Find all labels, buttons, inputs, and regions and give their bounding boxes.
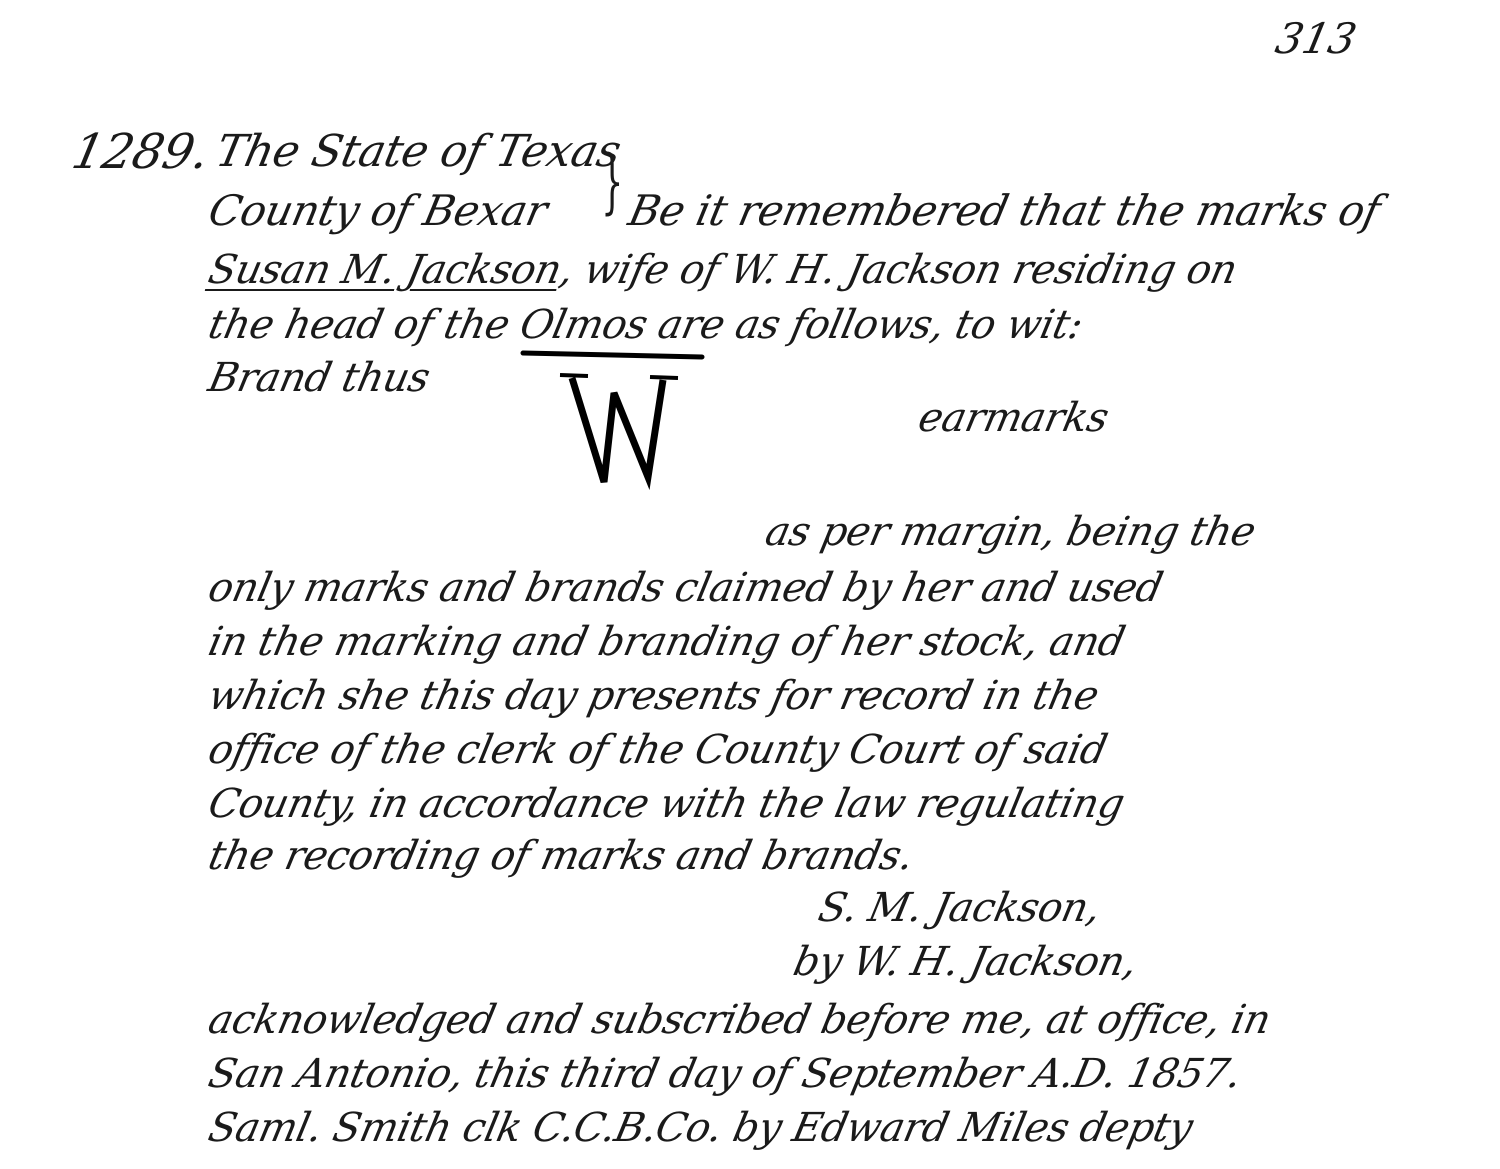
earmarks-label: earmarks — [915, 398, 1112, 438]
body-continued-1: as per margin, being the — [762, 512, 1259, 552]
acknowledgment-line-1: acknowledged and subscribed before me, a… — [205, 1000, 1274, 1040]
signature-line-2: by W. H. Jackson, — [790, 942, 1140, 982]
document-page: 313 1289. The State of Texas } County of… — [0, 0, 1500, 1169]
body-continued-3: in the marking and branding of her stock… — [205, 622, 1128, 662]
body-line-2: the head of the Olmos are as follows, to… — [205, 305, 1086, 345]
acknowledgment-line-2: San Antonio, this third day of September… — [205, 1054, 1245, 1094]
body-continued-7: the recording of marks and brands. — [205, 836, 917, 876]
body-continued-4: which she this day presents for record i… — [205, 676, 1102, 716]
body-line-3: Brand thus — [205, 358, 433, 398]
entry-number: 1289. — [68, 128, 213, 176]
state-heading: The State of Texas — [212, 130, 624, 174]
signature-line-1: S. M. Jackson, — [815, 888, 1104, 928]
clerk-attestation: Saml. Smith clk C.C.B.Co. by Edward Mile… — [205, 1108, 1196, 1148]
county-heading: County of Bexar — [205, 190, 551, 232]
body-continued-2: only marks and brands claimed by her and… — [205, 568, 1166, 608]
body-line-1: Susan M. Jackson, wife of W. H. Jackson … — [205, 250, 1240, 290]
owner-name: Susan M. Jackson — [204, 247, 565, 293]
brand-w-icon — [520, 345, 710, 490]
body-continued-6: County, in accordance with the law regul… — [205, 784, 1128, 824]
brace-mark: } — [601, 140, 623, 222]
body-line-1-rest: , wife of W. H. Jackson residing on — [556, 247, 1241, 293]
remembrance-clause: Be it remembered that the marks of — [625, 190, 1383, 232]
body-continued-5: office of the clerk of the County Court … — [205, 730, 1110, 770]
page-number: 313 — [1272, 18, 1360, 60]
